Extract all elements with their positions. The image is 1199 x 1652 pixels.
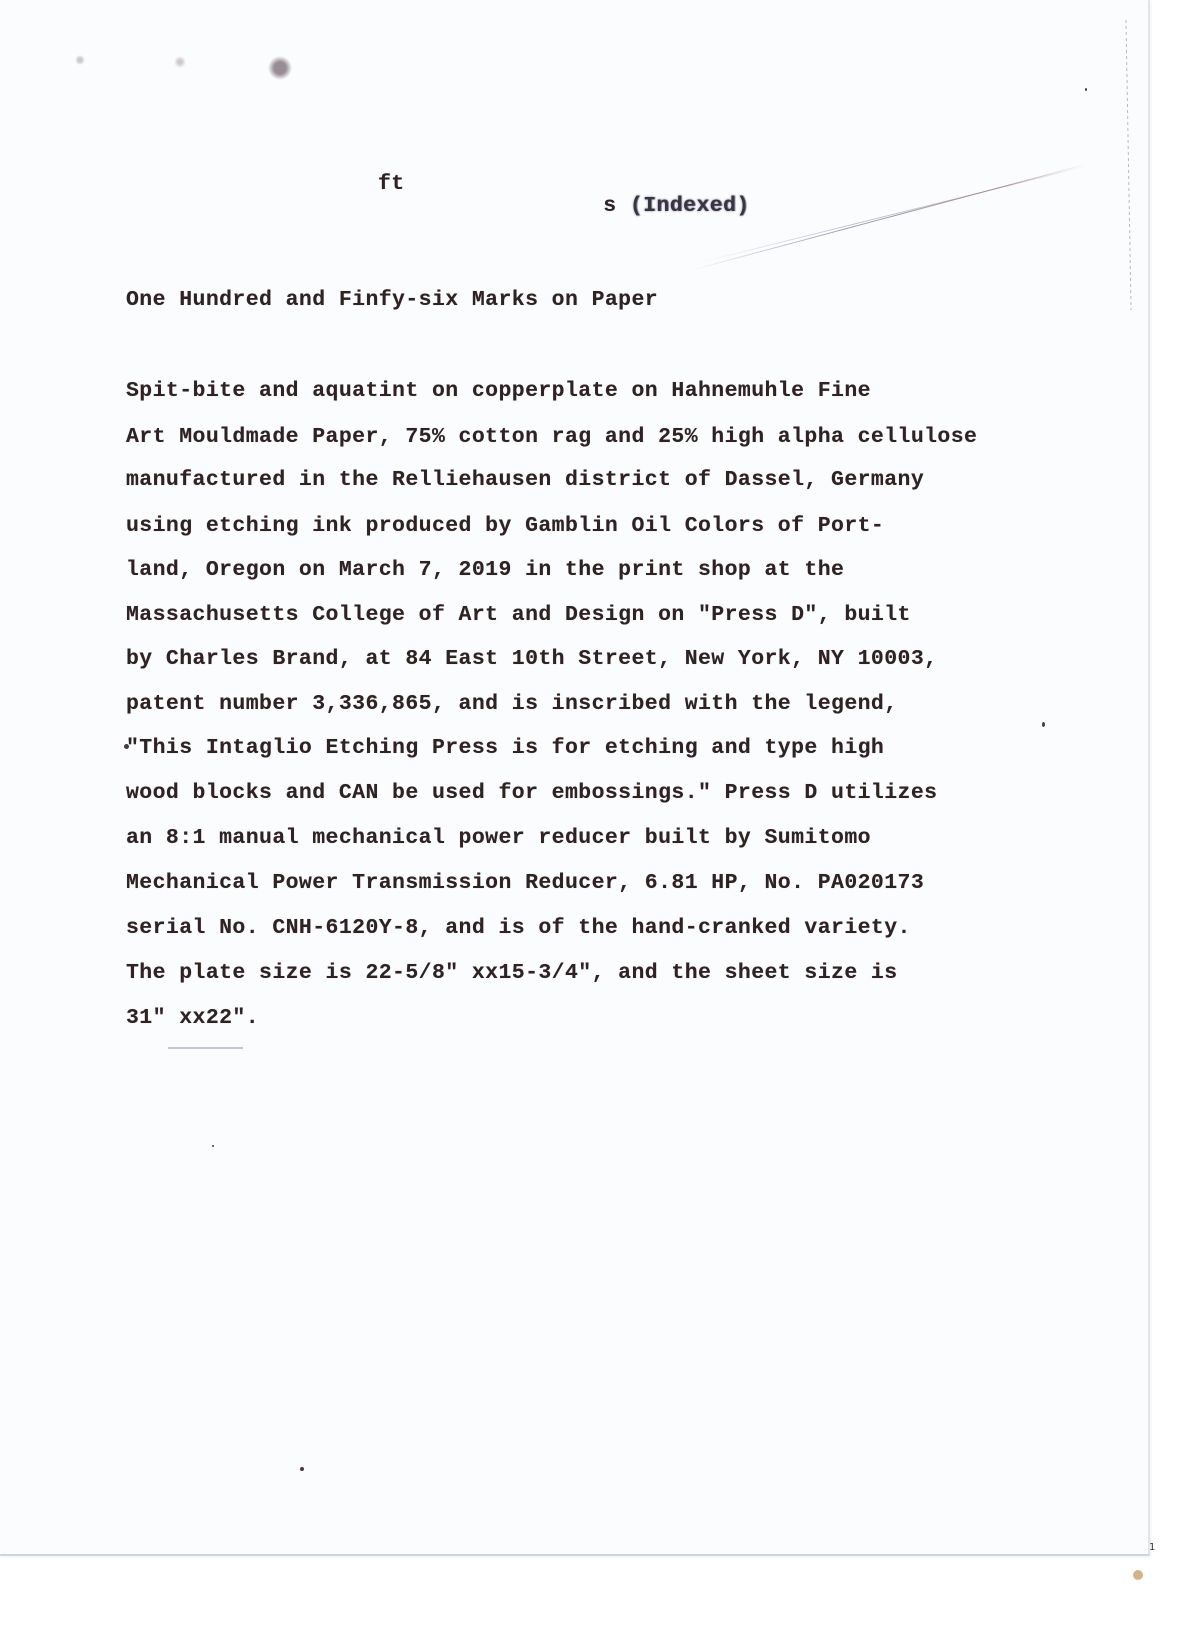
body-line: by Charles Brand, at 84 East 10th Street…	[126, 647, 977, 692]
body-line: manufactured in the Relliehausen distric…	[126, 468, 977, 513]
body-line: land, Oregon on March 7, 2019 in the pri…	[126, 558, 977, 603]
fold-line	[1125, 20, 1131, 310]
typewritten-page: ft s (Indexed) One Hundred and Finfy-six…	[0, 0, 1150, 1556]
body-line: wood blocks and CAN be used for embossin…	[126, 781, 977, 826]
ink-smear	[168, 1047, 243, 1049]
body-line: Art Mouldmade Paper, 75% cotton rag and …	[126, 425, 977, 470]
body-line: Mechanical Power Transmission Reducer, 6…	[126, 871, 977, 916]
body-line: Massachusetts College of Art and Design …	[126, 603, 977, 648]
body-line: an 8:1 manual mechanical power reducer b…	[126, 826, 977, 871]
pencil-scratch	[700, 166, 1084, 263]
body-line: using etching ink produced by Gamblin Oi…	[126, 514, 977, 559]
body-line: "This Intaglio Etching Press is for etch…	[126, 736, 977, 781]
document-body: Spit-bite and aquatint on copperplate on…	[126, 379, 977, 1047]
body-line: serial No. CNH-6120Y-8, and is of the ha…	[126, 916, 977, 961]
ink-specks-top	[0, 40, 400, 90]
corner-mark: 1	[1149, 1542, 1155, 1553]
ink-speck	[1085, 88, 1087, 91]
body-line: The plate size is 22-5/8" xx15-3/4", and…	[126, 961, 977, 1006]
header-left-text: ft	[378, 174, 405, 196]
body-line: 31" xx22".	[126, 1006, 977, 1051]
body-line: patent number 3,336,865, and is inscribe…	[126, 692, 977, 737]
ink-speck	[212, 1145, 214, 1147]
header-indexed-label: (Indexed)	[630, 196, 750, 218]
header-right-text: s (Indexed)	[550, 174, 750, 239]
ink-speck	[300, 1467, 304, 1471]
ink-speck	[124, 744, 129, 749]
document-title: One Hundred and Finfy-six Marks on Paper	[126, 290, 658, 312]
ink-speck	[1042, 722, 1045, 727]
paper-stain	[1133, 1570, 1143, 1580]
header-right-prefix: s	[603, 194, 630, 218]
body-line: Spit-bite and aquatint on copperplate on…	[126, 379, 977, 424]
